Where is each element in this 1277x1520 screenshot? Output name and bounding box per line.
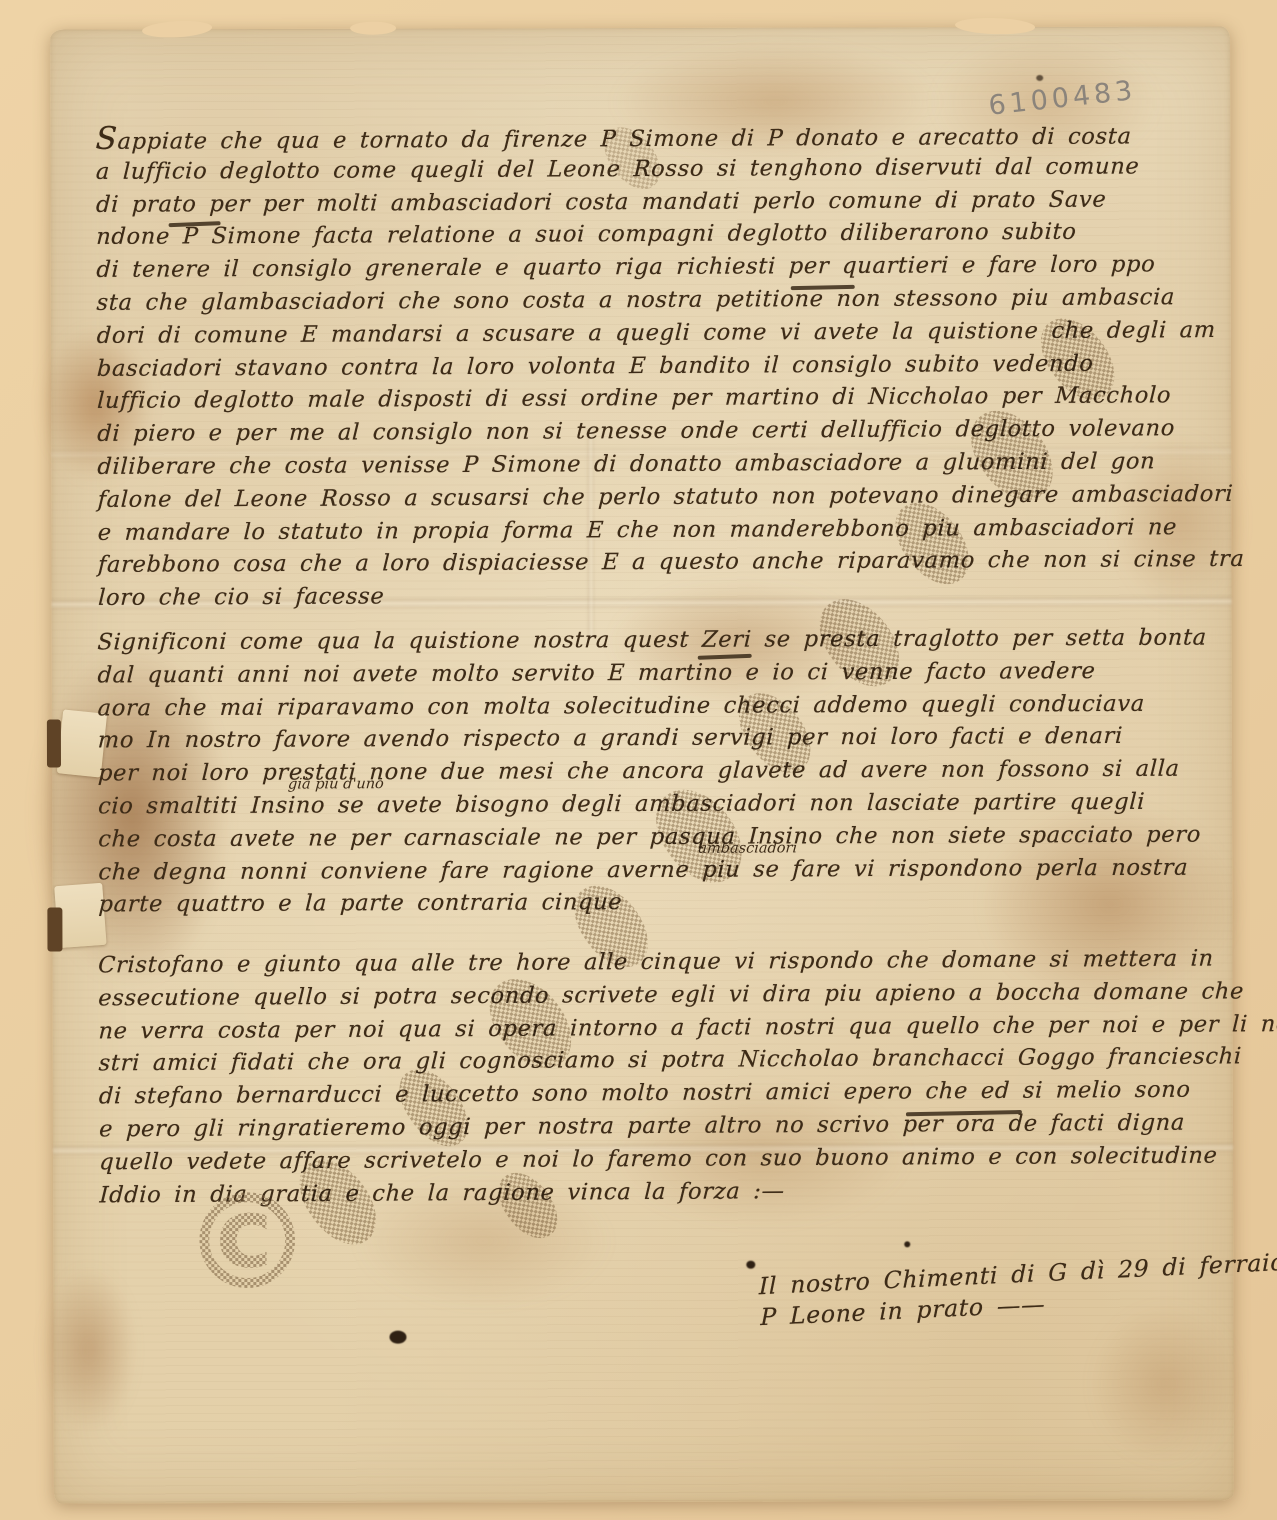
torn-edge-nick [142,19,213,39]
copyright-watermark-icon: © [181,1177,313,1309]
stain [41,1264,136,1434]
stain [1088,1301,1243,1466]
ink-blot [904,1241,910,1247]
text-line: cio smaltiti Insino se avete bisogno deg… [97,786,1207,824]
ink-blot [746,1261,755,1269]
text-line: sta che glambasciadori che sono costa a … [96,281,1206,320]
text-line: per noi loro prestati none due mesi che … [97,753,1207,791]
text-line: che degna nonni conviene fare ragione av… [98,851,1208,889]
text-line: dal quanti anni noi avete molto servito … [97,654,1207,692]
text-line: loro che cio si facesse [97,576,1207,615]
ink-blot [389,1331,406,1344]
torn-edge-nick [350,22,396,35]
torn-edge-nick [955,17,1035,36]
paragraph-2: Significoni come qua la quistione nostra… [97,622,1206,922]
text-line: che costa avete ne per carnasciale ne pe… [98,818,1208,856]
text-line: dori di comune E mandarsi a scusare a qu… [96,314,1206,353]
text-line: parte quattro e la parte contraria cinqu… [98,884,1208,922]
edge-fragment [47,908,62,952]
text-line: mo In nostro favore avendo rispecto a gr… [97,720,1207,758]
scan-background: 6100483 Sappiate che qua e tornato da fi… [0,0,1277,1520]
paragraph-1: Sappiate che qua e tornato da firenze P … [96,117,1207,615]
ink-blot [1036,75,1043,81]
interline-insertion: già più d'uno [288,776,385,792]
manuscript-page: 6100483 Sappiate che qua e tornato da fi… [50,26,1234,1503]
text-line: aora che mai riparavamo con molta soleci… [97,687,1207,725]
edge-fragment [47,720,61,768]
text-line: Significoni come qua la quistione nostra… [97,622,1207,660]
